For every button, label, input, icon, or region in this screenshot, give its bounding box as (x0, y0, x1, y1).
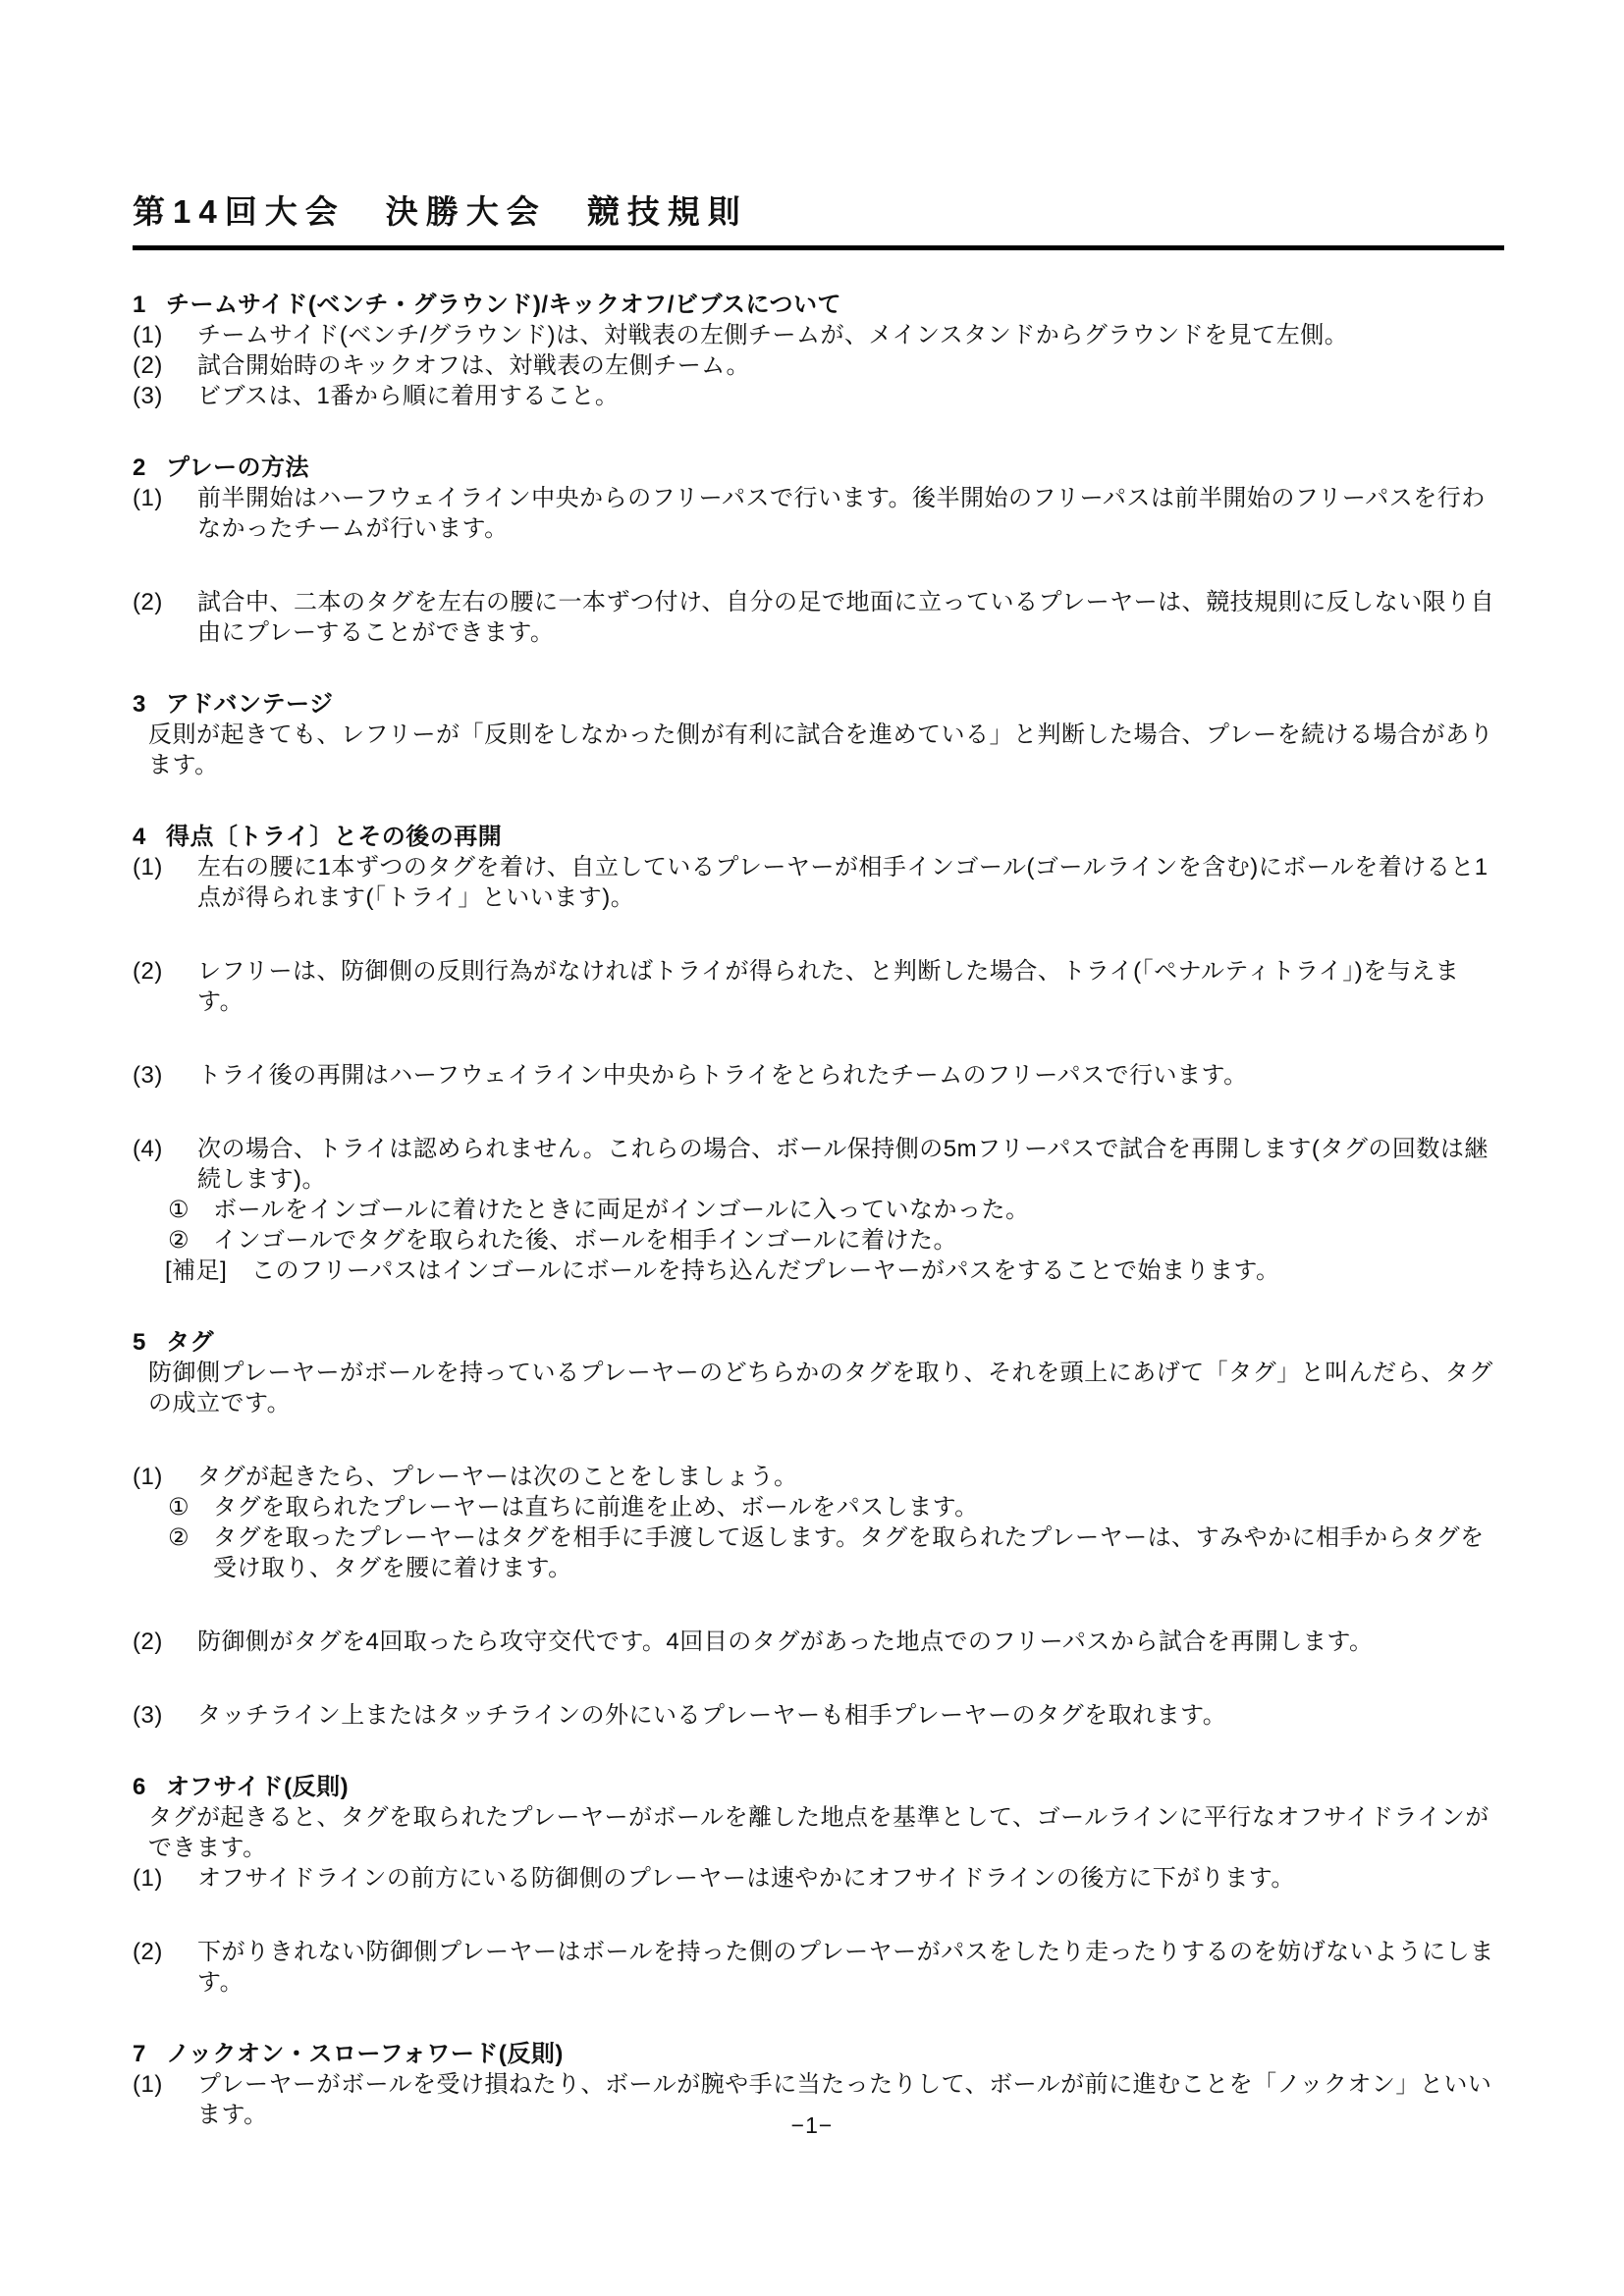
item-text: タグが起きたら、プレーヤーは次のことをしましょう。 (197, 1462, 1504, 1492)
document-page: 第14回大会 決勝大会 競技規則 1 チームサイド(ベンチ・グラウンド)/キック… (0, 0, 1624, 2296)
item-label: (1) (133, 483, 197, 544)
paragraph-text: 反則が起きても、レフリーが「反則をしなかった側が有利に試合を進めている」と判断し… (148, 721, 1493, 778)
item-label: (1) (133, 1462, 197, 1492)
section-number: 3 (133, 689, 166, 720)
item-label: (2) (133, 1627, 197, 1657)
sub-item-text: ボールをインゴールに着けたときに両足がインゴールに入っていなかった。 (213, 1195, 1504, 1225)
list-item: (2) 下がりきれない防御側プレーヤーはボールを持った側のプレーヤーがパスをした… (133, 1937, 1504, 1998)
section-4: 4 得点〔トライ〕とその後の再開 (1) 左右の腰に1本ずつのタグを着け、自立し… (133, 822, 1504, 1286)
item-text: 次の場合、トライは認められません。これらの場合、ボール保持側の5mフリーパスで試… (197, 1134, 1504, 1195)
paragraph-text: 防御側プレーヤーがボールを持っているプレーヤーのどちらかのタグを取り、それを頭上… (148, 1360, 1493, 1416)
list-item: (2) 防御側がタグを4回取ったら攻守交代です。4回目のタグがあった地点でのフリ… (133, 1627, 1504, 1657)
section-3: 3 アドバンテージ 反則が起きても、レフリーが「反則をしなかった側が有利に試合を… (133, 689, 1504, 780)
section-number: 5 (133, 1327, 166, 1358)
paragraph-text: タグが起きると、タグを取られたプレーヤーがボールを離した地点を基準として、ゴール… (148, 1804, 1489, 1861)
list-item: (1) タグが起きたら、プレーヤーは次のことをしましょう。 (133, 1462, 1504, 1492)
section-1: 1 チームサイド(ベンチ・グラウンド)/キックオフ/ビブスについて (1) チー… (133, 290, 1504, 411)
item-label: (2) (133, 587, 197, 648)
section-title: プレーの方法 (166, 453, 309, 483)
sub-item-label: ② (168, 1225, 213, 1255)
list-item: (4) 次の場合、トライは認められません。これらの場合、ボール保持側の5mフリー… (133, 1134, 1504, 1195)
item-label: (2) (133, 1937, 197, 1998)
lead-paragraph: 反則が起きても、レフリーが「反則をしなかった側が有利に試合を進めている」と判断し… (133, 720, 1504, 780)
section-number: 7 (133, 2039, 166, 2069)
section-number: 2 (133, 453, 166, 483)
item-text: 試合中、二本のタグを左右の腰に一本ずつ付け、自分の足で地面に立っているプレーヤー… (197, 587, 1504, 648)
item-text: タッチライン上またはタッチラインの外にいるプレーヤーも相手プレーヤーのタグを取れ… (197, 1700, 1504, 1731)
item-label: (2) (133, 956, 197, 1017)
section-title: チームサイド(ベンチ・グラウンド)/キックオフ/ビブスについて (166, 290, 841, 320)
sub-item-label: ① (168, 1492, 213, 1522)
list-item: (3) タッチライン上またはタッチラインの外にいるプレーヤーも相手プレーヤーのタ… (133, 1700, 1504, 1731)
section-number: 4 (133, 822, 166, 852)
list-item: (1) オフサイドラインの前方にいる防御側のプレーヤーは速やかにオフサイドライン… (133, 1863, 1504, 1894)
section-heading: 5 タグ (133, 1327, 1504, 1358)
note-item: [補足] このフリーパスはインゴールにボールを持ち込んだプレーヤーがパスをするこ… (133, 1255, 1504, 1286)
sub-item-text: インゴールでタグを取られた後、ボールを相手インゴールに着けた。 (213, 1225, 1504, 1255)
section-6: 6 オフサイド(反則) タグが起きると、タグを取られたプレーヤーがボールを離した… (133, 1772, 1504, 1998)
note-text: このフリーパスはインゴールにボールを持ち込んだプレーヤーがパスをすることで始まり… (251, 1255, 1504, 1286)
list-item: (3) ビブスは、1番から順に着用すること。 (133, 381, 1504, 411)
item-label: (3) (133, 1060, 197, 1091)
title-rule (133, 245, 1504, 250)
list-item: (2) 試合中、二本のタグを左右の腰に一本ずつ付け、自分の足で地面に立っているプ… (133, 587, 1504, 648)
sub-item: ② タグを取ったプレーヤーはタグを相手に手渡して返します。タグを取られたプレーヤ… (133, 1522, 1504, 1583)
lead-paragraph: 防御側プレーヤーがボールを持っているプレーヤーのどちらかのタグを取り、それを頭上… (133, 1358, 1504, 1418)
list-item: (2) レフリーは、防御側の反則行為がなければトライが得られた、と判断した場合、… (133, 956, 1504, 1017)
sub-item: ② インゴールでタグを取られた後、ボールを相手インゴールに着けた。 (133, 1225, 1504, 1255)
section-5: 5 タグ 防御側プレーヤーがボールを持っているプレーヤーのどちらかのタグを取り、… (133, 1327, 1504, 1731)
doc-title: 第14回大会 決勝大会 競技規則 (133, 194, 1504, 230)
section-title: オフサイド(反則) (166, 1772, 349, 1802)
item-label: (1) (133, 852, 197, 913)
list-item: (3) トライ後の再開はハーフウェイライン中央からトライをとられたチームのフリー… (133, 1060, 1504, 1091)
item-text: 下がりきれない防御側プレーヤーはボールを持った側のプレーヤーがパスをしたり走った… (197, 1937, 1504, 1998)
document-header: 第14回大会 決勝大会 競技規則 (133, 194, 1504, 250)
section-heading: 2 プレーの方法 (133, 453, 1504, 483)
section-title: タグ (166, 1327, 214, 1358)
item-text: トライ後の再開はハーフウェイライン中央からトライをとられたチームのフリーパスで行… (197, 1060, 1504, 1091)
item-text: 試合開始時のキックオフは、対戦表の左側チーム。 (197, 350, 1504, 381)
sub-item-label: ② (168, 1522, 213, 1583)
section-title: ノックオン・スローフォワード(反則) (166, 2039, 564, 2069)
item-text: チームサイド(ベンチ/グラウンド)は、対戦表の左側チームが、メインスタンドからグ… (197, 320, 1504, 350)
item-text: 前半開始はハーフウェイライン中央からのフリーパスで行います。後半開始のフリーパス… (197, 483, 1504, 544)
page-number: −1− (0, 2112, 1624, 2139)
section-2: 2 プレーの方法 (1) 前半開始はハーフウェイライン中央からのフリーパスで行い… (133, 453, 1504, 648)
sub-item-text: タグを取られたプレーヤーは直ちに前進を止め、ボールをパスします。 (213, 1492, 1504, 1522)
section-title: アドバンテージ (166, 689, 334, 720)
section-heading: 1 チームサイド(ベンチ・グラウンド)/キックオフ/ビブスについて (133, 290, 1504, 320)
sub-item-label: ① (168, 1195, 213, 1225)
section-heading: 3 アドバンテージ (133, 689, 1504, 720)
item-text: 左右の腰に1本ずつのタグを着け、自立しているプレーヤーが相手インゴール(ゴールラ… (197, 852, 1504, 913)
item-label: (3) (133, 1700, 197, 1731)
note-label: [補足] (165, 1255, 251, 1286)
section-heading: 6 オフサイド(反則) (133, 1772, 1504, 1802)
section-heading: 7 ノックオン・スローフォワード(反則) (133, 2039, 1504, 2069)
item-text: オフサイドラインの前方にいる防御側のプレーヤーは速やかにオフサイドラインの後方に… (197, 1863, 1504, 1894)
item-label: (1) (133, 1863, 197, 1894)
list-item: (2) 試合開始時のキックオフは、対戦表の左側チーム。 (133, 350, 1504, 381)
item-text: ビブスは、1番から順に着用すること。 (197, 381, 1504, 411)
item-label: (1) (133, 320, 197, 350)
section-number: 1 (133, 290, 166, 320)
sub-item: ① タグを取られたプレーヤーは直ちに前進を止め、ボールをパスします。 (133, 1492, 1504, 1522)
item-label: (2) (133, 350, 197, 381)
sub-item-text: タグを取ったプレーヤーはタグを相手に手渡して返します。タグを取られたプレーヤーは… (213, 1522, 1504, 1583)
item-label: (4) (133, 1134, 197, 1195)
section-number: 6 (133, 1772, 166, 1802)
item-label: (3) (133, 381, 197, 411)
list-item: (1) 左右の腰に1本ずつのタグを着け、自立しているプレーヤーが相手インゴール(… (133, 852, 1504, 913)
list-item: (1) チームサイド(ベンチ/グラウンド)は、対戦表の左側チームが、メインスタン… (133, 320, 1504, 350)
section-title: 得点〔トライ〕とその後の再開 (166, 822, 502, 852)
item-text: 防御側がタグを4回取ったら攻守交代です。4回目のタグがあった地点でのフリーパスか… (197, 1627, 1504, 1657)
sub-item: ① ボールをインゴールに着けたときに両足がインゴールに入っていなかった。 (133, 1195, 1504, 1225)
section-heading: 4 得点〔トライ〕とその後の再開 (133, 822, 1504, 852)
item-text: レフリーは、防御側の反則行為がなければトライが得られた、と判断した場合、トライ(… (197, 956, 1504, 1017)
lead-paragraph: タグが起きると、タグを取られたプレーヤーがボールを離した地点を基準として、ゴール… (133, 1802, 1504, 1863)
list-item: (1) 前半開始はハーフウェイライン中央からのフリーパスで行います。後半開始のフ… (133, 483, 1504, 544)
